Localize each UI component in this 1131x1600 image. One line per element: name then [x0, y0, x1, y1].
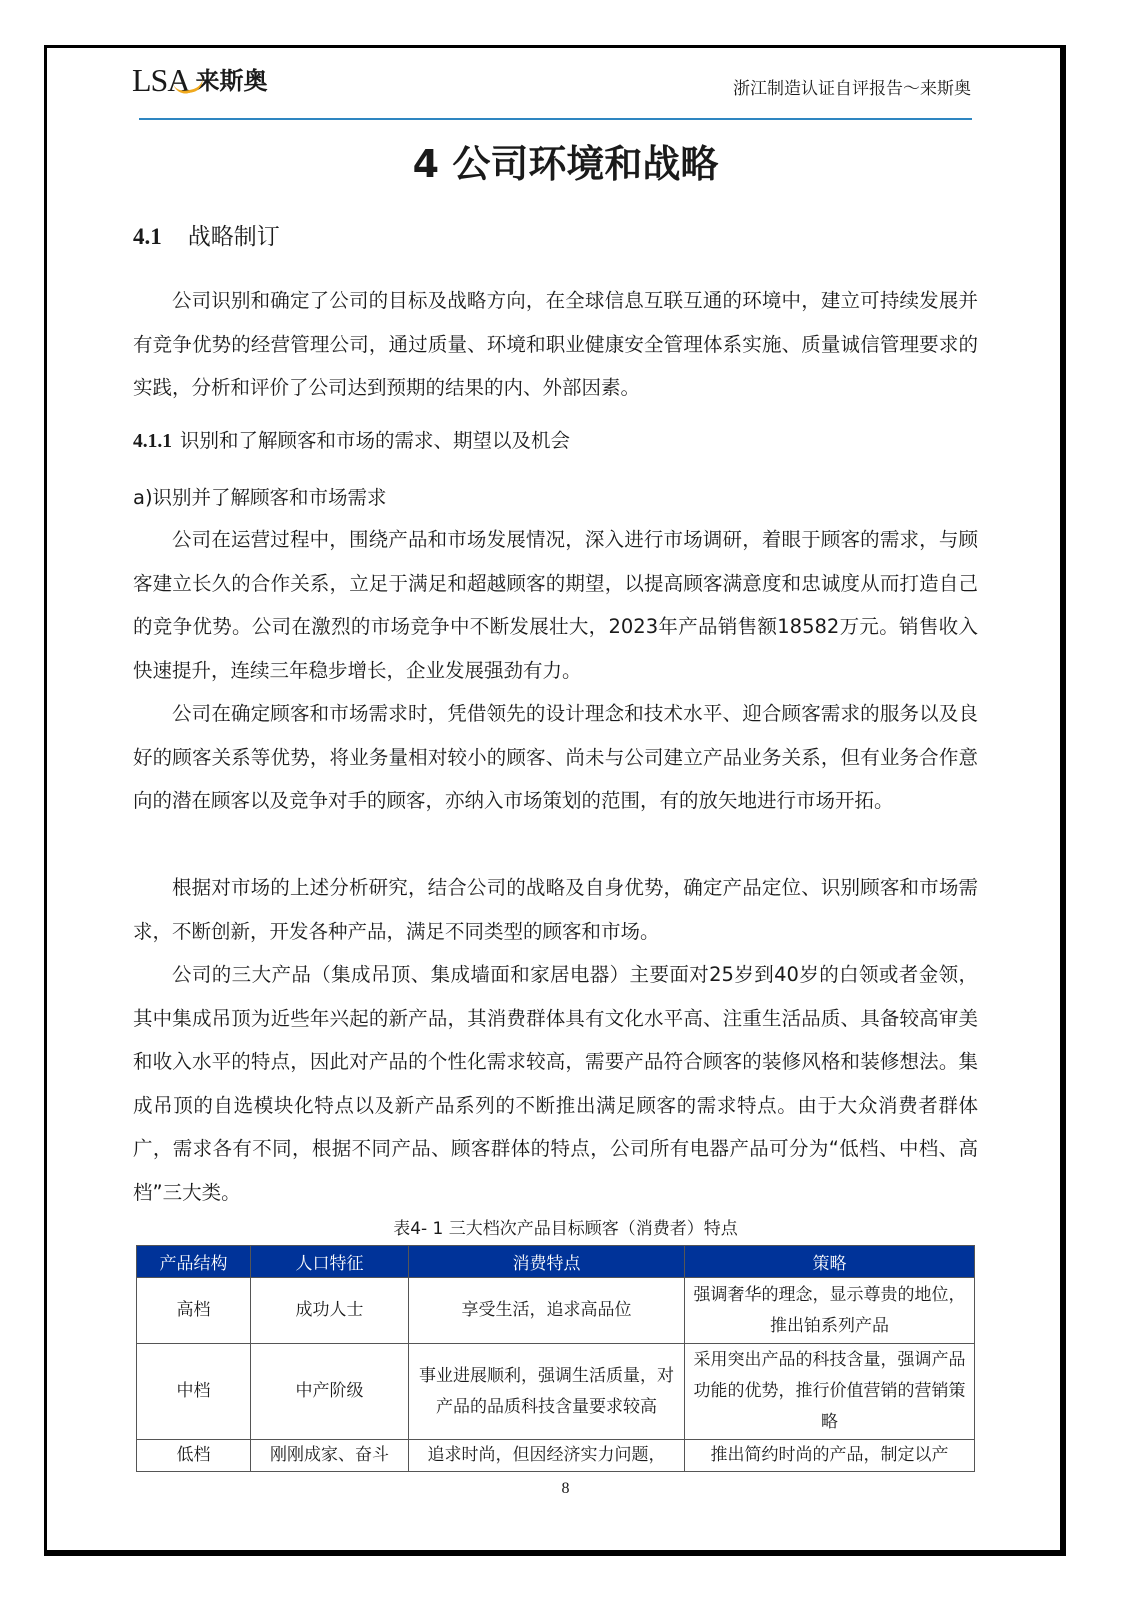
column-header: 策略 [685, 1246, 975, 1278]
company-logo: LSA 来斯奥 [132, 62, 267, 96]
section-heading-4-1: 4.1战略制订 [133, 218, 280, 251]
section-heading-4-1-1: 4.1.1识别和了解顾客和市场的需求、期望以及机会 [133, 425, 570, 453]
table-row: 中档 中产阶级 事业进展顺利，强调生活质量，对产品的品质科技含量要求较高 采用突… [137, 1344, 975, 1440]
paragraph-4: 公司的三大产品（集成吊顶、集成墙面和家居电器）主要面对25岁到40岁的白领或者金… [133, 953, 978, 1214]
table-cell: 低档 [137, 1440, 251, 1472]
chapter-title: 4 公司环境和战略 [0, 133, 1131, 188]
table-row: 低档 刚刚成家、奋斗 追求时尚，但因经济实力问题， 推出简约时尚的产品，制定以产 [137, 1440, 975, 1472]
table-cell: 强调奢华的理念，显示尊贵的地位，推出铂系列产品 [685, 1278, 975, 1344]
table-cell: 推出简约时尚的产品，制定以产 [685, 1440, 975, 1472]
header-divider [139, 118, 972, 120]
column-header: 人口特征 [251, 1246, 409, 1278]
table-cell: 高档 [137, 1278, 251, 1344]
paragraph-3: 根据对市场的上述分析研究，结合公司的战略及自身优势，确定产品定位、识别顾客和市场… [133, 866, 978, 953]
paragraph-1: 公司在运营过程中，围绕产品和市场发展情况，深入进行市场调研，着眼于顾客的需求，与… [133, 518, 978, 692]
table-cell: 刚刚成家、奋斗 [251, 1440, 409, 1472]
table-cell: 成功人士 [251, 1278, 409, 1344]
paragraph-strategy: 公司识别和确定了公司的目标及战略方向，在全球信息互联互通的环境中，建立可持续发展… [133, 279, 978, 410]
table-header-row: 产品结构 人口特征 消费特点 策略 [137, 1246, 975, 1278]
table-cell: 中产阶级 [251, 1344, 409, 1440]
table-cell: 追求时尚，但因经济实力问题， [409, 1440, 685, 1472]
table-cell: 享受生活，追求高品位 [409, 1278, 685, 1344]
logo-cn-text: 来斯奥 [195, 66, 267, 96]
table-row: 高档 成功人士 享受生活，追求高品位 强调奢华的理念，显示尊贵的地位，推出铂系列… [137, 1278, 975, 1344]
section-title: 战略制订 [188, 224, 280, 250]
table-cell: 采用突出产品的科技含量，强调产品功能的优势，推行价值营销的营销策略 [685, 1344, 975, 1440]
subheading-a: a)识别并了解顾客和市场需求 [133, 482, 387, 510]
column-header: 消费特点 [409, 1246, 685, 1278]
target-customer-table: 产品结构 人口特征 消费特点 策略 高档 成功人士 享受生活，追求高品位 强调奢… [136, 1245, 975, 1472]
paragraph-2: 公司在确定顾客和市场需求时，凭借领先的设计理念和技术水平、迎合顾客需求的服务以及… [133, 692, 978, 823]
report-title: 浙江制造认证自评报告～来斯奥 [733, 74, 971, 99]
subsection-title: 识别和了解顾客和市场的需求、期望以及机会 [180, 429, 570, 452]
subsection-number: 4.1.1 [133, 431, 172, 452]
section-number: 4.1 [133, 224, 162, 249]
table-caption: 表4- 1 三大档次产品目标顾客（消费者）特点 [0, 1214, 1131, 1239]
table-cell: 中档 [137, 1344, 251, 1440]
column-header: 产品结构 [137, 1246, 251, 1278]
page-number: 8 [0, 1480, 1131, 1498]
table-cell: 事业进展顺利，强调生活质量，对产品的品质科技含量要求较高 [409, 1344, 685, 1440]
